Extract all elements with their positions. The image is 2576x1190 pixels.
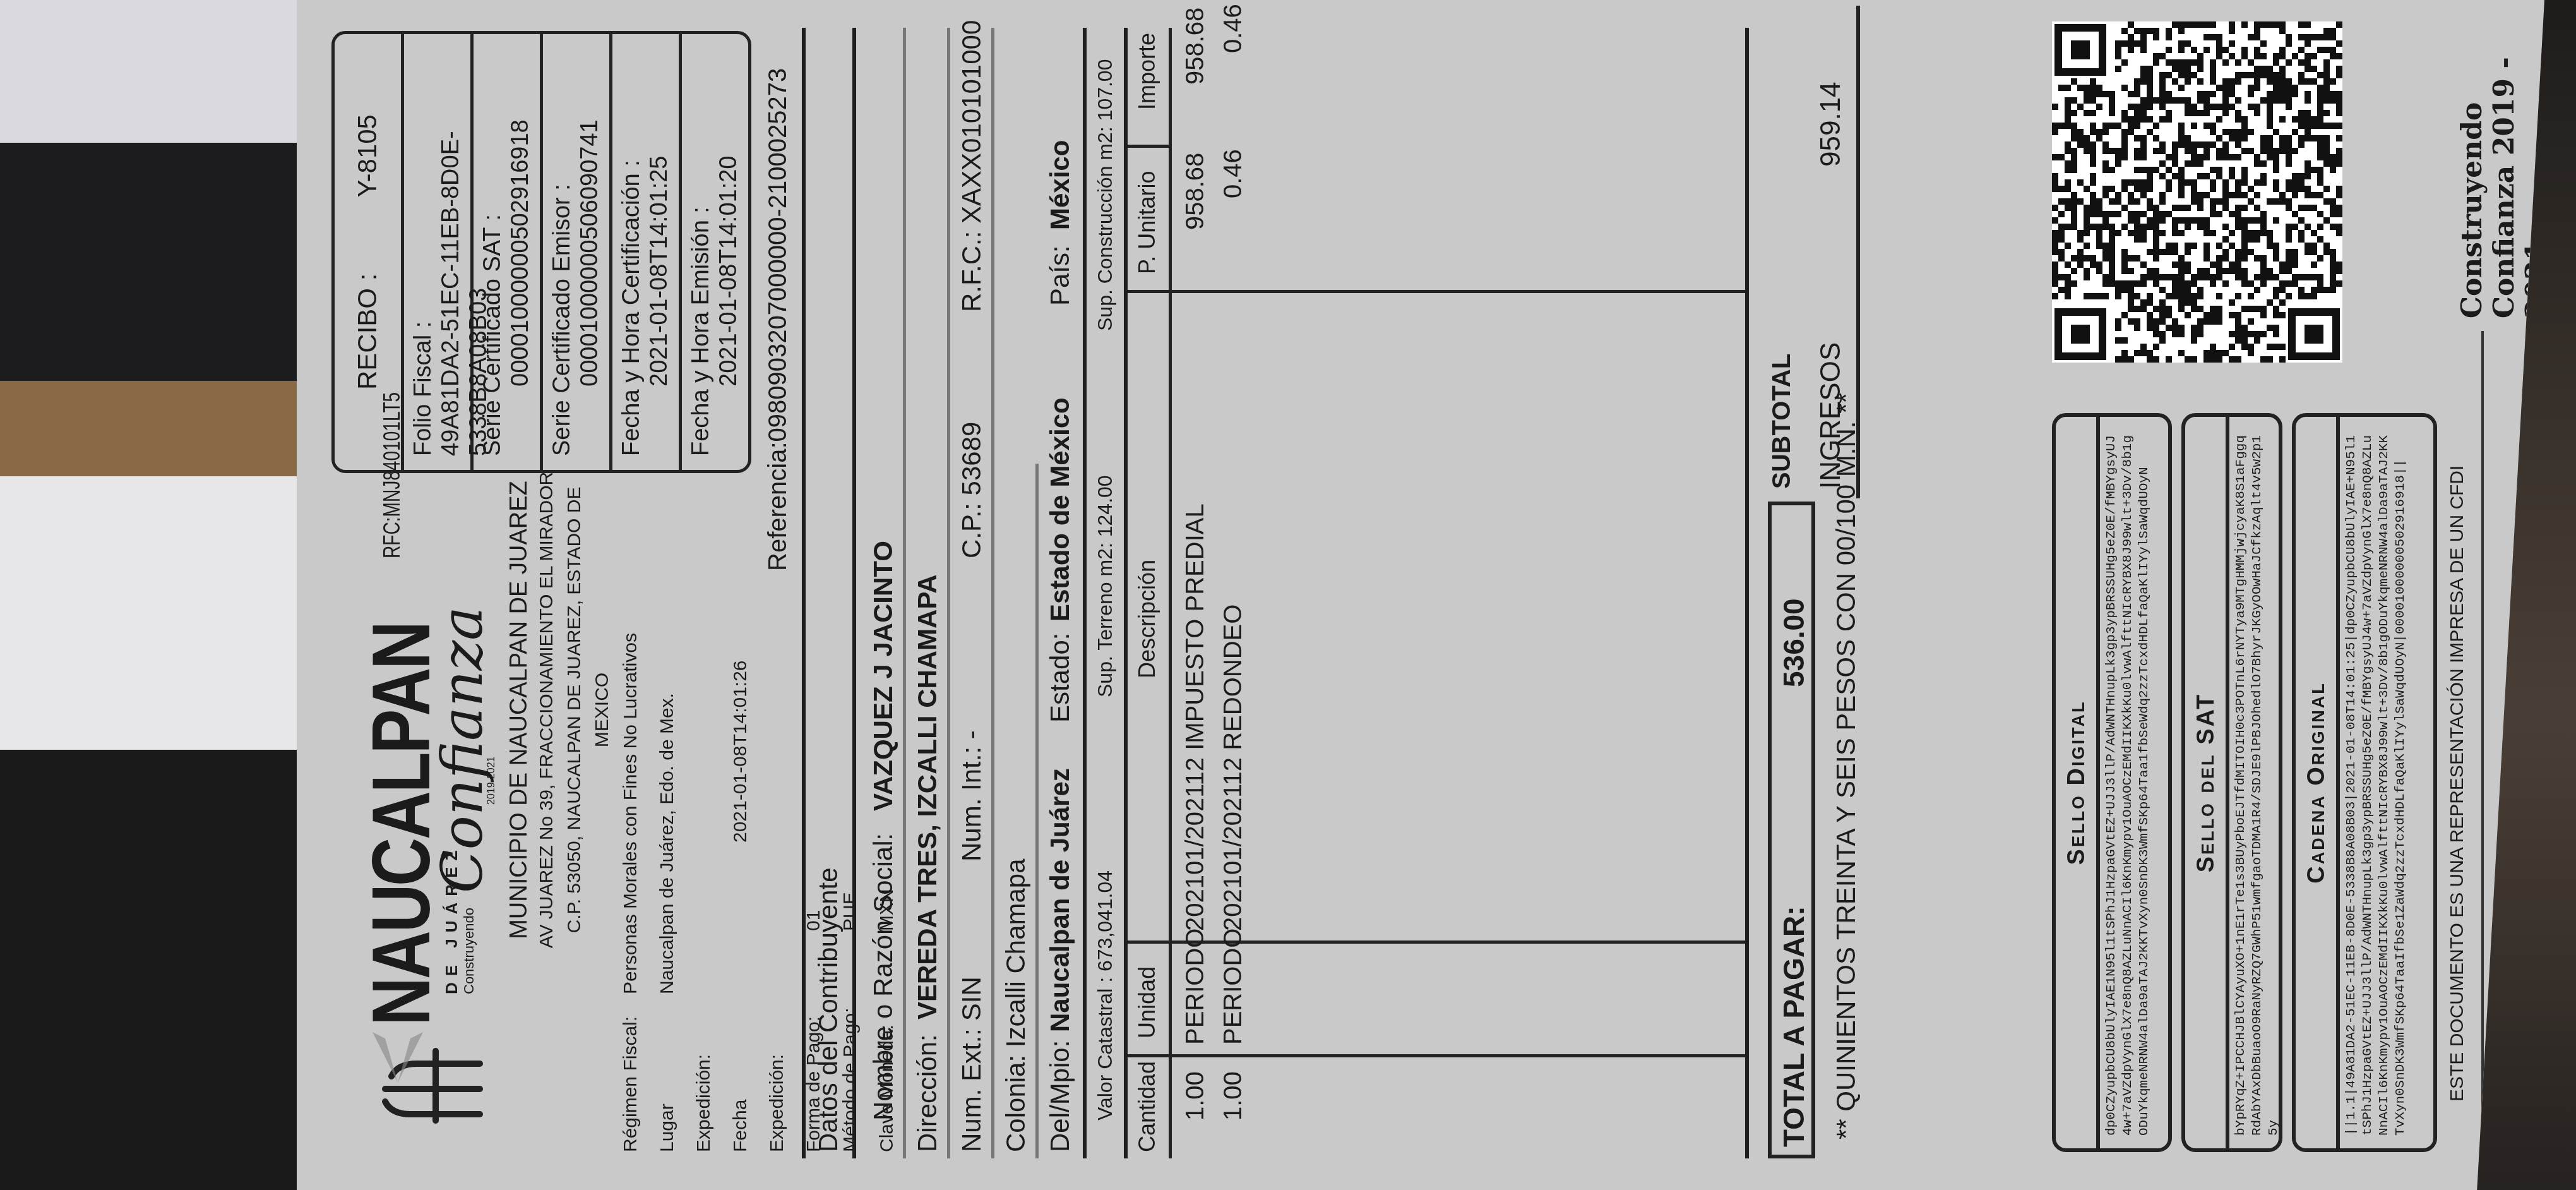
certificacion-value: 2021-01-08T14:01:25 <box>645 48 673 456</box>
num-int: Num. Int.: - <box>957 730 987 862</box>
qr-code-icon <box>2052 21 2342 363</box>
emision-value: 2021-01-08T14:01:20 <box>715 48 742 456</box>
fiscal-row: Fecha Expedición:2021-01-08T14:01:26 <box>722 584 796 1152</box>
recibo-row: RECIBO : Y-8105 <box>335 34 404 470</box>
logo-script: Confianza <box>429 606 496 893</box>
pais-value: México <box>1045 140 1075 230</box>
fiscal-row: Lugar Expedición:Naucalpan de Juárez, Ed… <box>649 584 722 1152</box>
total-value: 536.00 <box>1777 598 1811 687</box>
cadena-original-box: Cadena Original ||1.1|49A81DA2-51EC-11EB… <box>2292 413 2437 1152</box>
recibo-number: Y-8105 <box>354 114 396 198</box>
photo-background-left <box>0 0 297 1190</box>
sello-digital-title: Sello Digital <box>2056 417 2100 1148</box>
sup-terreno: Sup. Terreno m2: 124.00 <box>1094 475 1117 697</box>
total-label: TOTAL A PAGAR: <box>1777 906 1811 1147</box>
rfc-contribuyente: R.F.C.: XAXX010101000 <box>957 20 987 312</box>
nombre-value: VAZQUEZ J JACINTO <box>868 541 898 811</box>
estado-label: Estado: <box>1045 633 1075 723</box>
estado-value: Estado de México <box>1045 397 1075 622</box>
sello-sat-box: Sello del SAT bYpRYqZ+IPCCHJBlCYAyuXO+1n… <box>2181 413 2282 1152</box>
valor-catastral: Valor Catastral : 673,041.04 <box>1094 870 1117 1121</box>
fiscal-row: Régimen Fiscal:Personas Morales con Fine… <box>612 584 649 1152</box>
col-divider <box>1128 1054 1745 1057</box>
divider <box>1035 464 1039 1158</box>
colonia: Colonia: Izcalli Chamapa <box>1001 858 1031 1152</box>
serie-emisor-label: Serie Certificado Emisor : <box>548 48 576 456</box>
items-table: Cantidad Unidad Descripción P. Unitario … <box>1124 28 1749 1158</box>
divider <box>852 28 856 1158</box>
referencia: Referencia:0980903207000000-2100025273 <box>764 68 792 571</box>
codigo-postal: C.P.: 53689 <box>957 422 987 558</box>
sup-construccion: Sup. Construcción m2: 107.00 <box>1094 59 1117 331</box>
folio-fiscal-row: Folio Fiscal : 49A81DA2-51EC-11EB-8D0E-5… <box>404 34 474 470</box>
cadena-original-title: Cadena Original <box>2296 417 2340 1148</box>
num-ext: Num. Ext.: SIN <box>957 977 987 1152</box>
cadena-original-text: ||1.1|49A81DA2-51EC-11EB-8D0E-5338B8A08B… <box>2340 417 2437 1148</box>
logo-mark-icon <box>360 1032 486 1133</box>
serie-emisor-row: Serie Certificado Emisor : 0000100000050… <box>543 34 612 470</box>
receipt-page: NAUCALPAN DE JUÁREZ Construyendo Confian… <box>297 0 2544 1190</box>
serie-sat-row: Serie Certificado SAT : 0000100000050291… <box>474 34 543 470</box>
serie-sat-label: Serie Certificado SAT : <box>479 48 506 456</box>
issuer-address-line-1: AV JUAREZ No 39, FRACCIONAMIENTO EL MIRA… <box>533 457 561 963</box>
emision-row: Fecha y Hora Emisión : 2021-01-08T14:01:… <box>682 34 751 470</box>
issuer-name: MUNICIPIO DE NAUCALPAN DE JUAREZ <box>505 457 533 963</box>
divider <box>991 28 994 1158</box>
folio-box: RECIBO : Y-8105 Folio Fiscal : 49A81DA2-… <box>331 31 751 473</box>
certificacion-label: Fecha y Hora Certificación : <box>617 48 645 456</box>
direccion-label: Dirección: <box>912 1034 943 1152</box>
header-importe: Importe <box>1134 33 1160 110</box>
delmpio-label: Del/Mpio: <box>1045 1040 1075 1152</box>
header-descripcion: Descripción <box>1134 560 1160 678</box>
logo-slogan: Construyendo <box>461 908 477 994</box>
divider <box>947 28 950 1158</box>
direccion-value: VEREDA TRES, IZCALLI CHAMAPA <box>912 574 943 1019</box>
ingresos-label: INGRESOS <box>1815 342 1847 489</box>
divider <box>1083 28 1087 1158</box>
nombre-label: Nombre o Razón Social: <box>868 833 898 1121</box>
amount-in-words: ** QUINIENTOS TREINTA Y SEIS PESOS CON 0… <box>1831 393 1861 1139</box>
fiscal-info: Régimen Fiscal:Personas Morales con Fine… <box>612 584 905 1152</box>
table-header-divider <box>1169 28 1172 1158</box>
col-divider <box>1128 145 1169 148</box>
pais-label: País: <box>1045 245 1075 306</box>
contribuyente-title: Datos del Contribuyente <box>813 867 844 1152</box>
issuer-address: MUNICIPIO DE NAUCALPAN DE JUAREZ AV JUAR… <box>505 457 616 963</box>
sello-digital-box: Sello Digital dp0CZyupbCU8bUlyIAE1N95l1t… <box>2052 413 2172 1152</box>
header-unidad: Unidad <box>1134 966 1160 1038</box>
issuer-address-line-2: C.P. 53050, NAUCALPAN DE JUAREZ, ESTADO … <box>561 457 616 963</box>
sello-sat-title: Sello del SAT <box>2185 417 2229 1148</box>
serie-sat-value: 00001000000502916918 <box>506 48 534 456</box>
folio-fiscal-label: Folio Fiscal : <box>409 48 437 456</box>
sello-digital-text: dp0CZyupbCU8bUlyIAE1N95l1tSPhJ1HzpaGVtEZ… <box>2100 417 2172 1148</box>
ingresos-underline <box>1856 6 1860 498</box>
sello-sat-text: bYpRYqZ+IPCCHJBlCYAyuXO+1nE1rTe1s3BUyPbo… <box>2229 417 2282 1148</box>
certificacion-row: Fecha y Hora Certificación : 2021-01-08T… <box>612 34 682 470</box>
serie-emisor-value: 00001000000506090741 <box>576 48 604 456</box>
recibo-label: RECIBO : <box>354 273 396 390</box>
divider <box>903 28 906 1158</box>
cfdi-note: ESTE DOCUMENTO ES UNA REPRESENTACIÓN IMP… <box>2447 466 2468 1102</box>
divider <box>802 28 806 1158</box>
signature-line <box>2481 331 2484 1152</box>
ingresos-value: 959.14 <box>1815 81 1847 167</box>
header-cantidad: Cantidad <box>1134 1061 1160 1152</box>
col-divider <box>1128 290 1745 293</box>
naucalpan-logo: NAUCALPAN DE JUÁREZ Construyendo Confian… <box>335 565 524 1133</box>
logo-years: 2019-2021 <box>486 756 498 805</box>
header-unitario: P. Unitario <box>1134 171 1160 274</box>
paper-sheet: NAUCALPAN DE JUÁREZ Construyendo Confian… <box>297 0 2544 1190</box>
delmpio-value: Naucalpan de Juárez <box>1045 768 1075 1032</box>
emision-label: Fecha y Hora Emisión : <box>687 48 715 456</box>
total-box: TOTAL A PAGAR: 536.00 <box>1768 502 1815 1158</box>
subtotal-label: SUBTOTAL <box>1768 354 1796 489</box>
